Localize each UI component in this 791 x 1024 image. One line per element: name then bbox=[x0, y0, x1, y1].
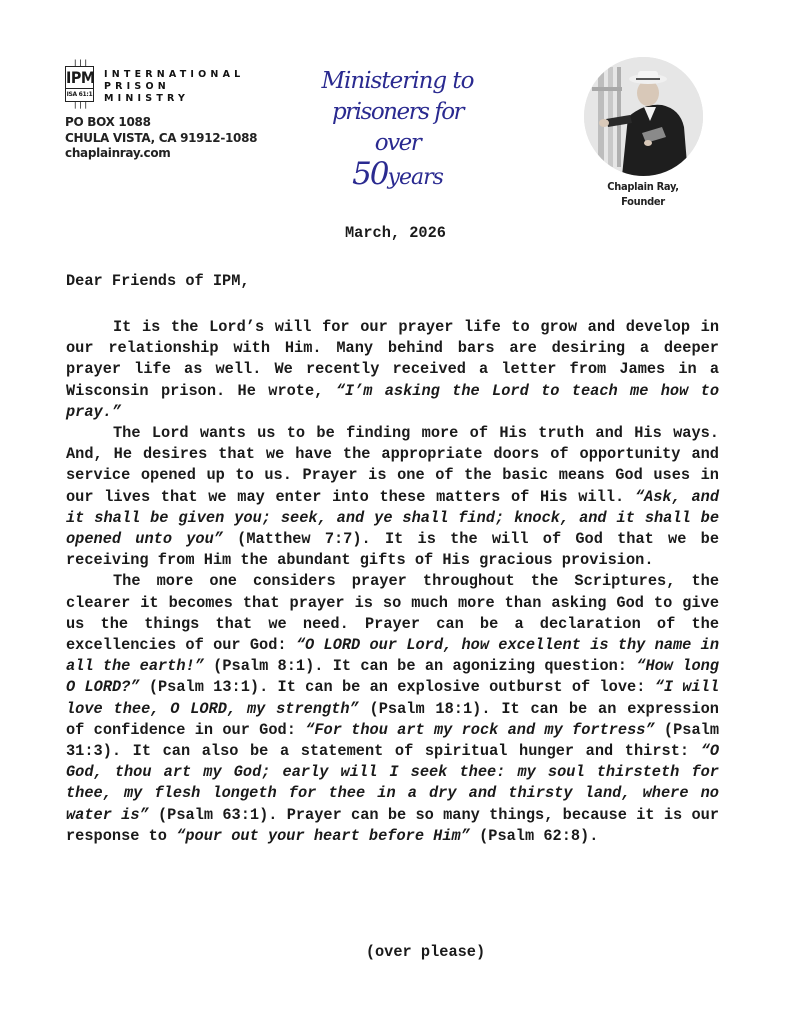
letter-body: It is the Lord’s will for our prayer lif… bbox=[66, 317, 719, 847]
paragraph-text: (Psalm 8:1). It can be an agonizing ques… bbox=[204, 657, 636, 675]
scripture-quote: “For thou art my rock and my fortress” bbox=[305, 721, 655, 739]
organization-name: INTERNATIONAL PRISON MINISTRY bbox=[104, 69, 244, 105]
paragraph-text: The Lord wants us to be finding more of … bbox=[66, 424, 719, 506]
photo-caption: Chaplain Ray, Founder bbox=[593, 179, 693, 209]
scripture-quote: “pour out your heart before Him” bbox=[176, 827, 470, 845]
org-name-line: MINISTRY bbox=[104, 93, 244, 105]
founder-photo bbox=[584, 57, 703, 176]
ipm-logo: ||| IPM ISA 61:1 ||| INTERNATIONAL PRISO… bbox=[65, 60, 242, 116]
ministry-tagline: Ministering to prisoners for over 50year… bbox=[310, 66, 485, 194]
tagline-line-2: prisoners for over bbox=[310, 97, 485, 159]
paragraph-text: (Psalm 62:8). bbox=[470, 827, 599, 845]
letter-salutation: Dear Friends of IPM, bbox=[66, 271, 250, 292]
po-box: PO BOX 1088 bbox=[65, 115, 257, 131]
org-name-line: PRISON bbox=[104, 81, 244, 93]
mailing-address: PO BOX 1088 CHULA VISTA, CA 91912-1088 c… bbox=[65, 115, 257, 162]
over-please-note: (over please) bbox=[0, 942, 791, 963]
logo-mark-text: IPM bbox=[66, 67, 93, 89]
ipm-logo-mark: ||| IPM ISA 61:1 ||| bbox=[65, 60, 97, 112]
founder-portrait-icon bbox=[584, 57, 703, 176]
paragraph: The Lord wants us to be finding more of … bbox=[66, 423, 719, 571]
paragraph: The more one considers prayer throughout… bbox=[66, 571, 719, 847]
logo-mark-subtext: ISA 61:1 bbox=[66, 89, 93, 100]
tagline-line-1: Ministering to bbox=[310, 66, 485, 97]
city-state-zip: CHULA VISTA, CA 91912-1088 bbox=[65, 131, 257, 147]
logo-ticks-bottom: ||| bbox=[65, 102, 97, 108]
paragraph-text: (Psalm 13:1). It can be an explosive out… bbox=[140, 678, 655, 696]
letter-date: March, 2026 bbox=[0, 223, 791, 244]
tagline-years-word: years bbox=[388, 165, 443, 190]
caption-name: Chaplain Ray, bbox=[593, 179, 693, 194]
tagline-years-number: 50 bbox=[352, 156, 387, 192]
paragraph: It is the Lord’s will for our prayer lif… bbox=[66, 317, 719, 423]
website-link[interactable]: chaplainray.com bbox=[65, 146, 257, 162]
caption-title: Founder bbox=[593, 194, 693, 209]
org-name-line: INTERNATIONAL bbox=[104, 69, 244, 81]
